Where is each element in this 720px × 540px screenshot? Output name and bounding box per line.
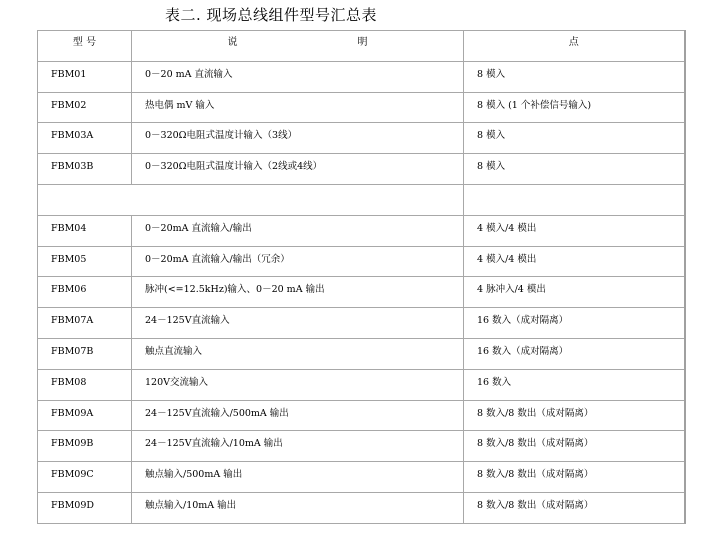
cell-description: 0－20mA 直流输入/输出（冗余） [132,246,464,277]
cell-model: FBM07A [38,308,132,339]
cell-model: FBM04 [38,215,132,246]
table-row: FBM09B 24－125V直流输入/10mA 输出 8 数入/8 数出（成对隔… [38,431,685,462]
header-model: 型 号 [38,31,132,62]
cell-model: FBM02 [38,92,132,123]
cell-model: FBM05 [38,246,132,277]
fieldbus-module-table: 型 号 说明 点 FBM01 0－20 mA 直流输入 8 模入 FBM02 热… [37,30,686,524]
table-row: FBM07B 触点直流输入 16 数入（成对隔离） [38,338,685,369]
header-points: 点 [464,31,685,62]
cell-points: 16 数入 [464,369,685,400]
cell-points: 8 数入/8 数出（成对隔离） [464,400,685,431]
table-row: FBM09C 触点输入/500mA 输出 8 数入/8 数出（成对隔离） [38,462,685,493]
table-row: FBM03B 0－320Ω电阻式温度计输入（2线或4线） 8 模入 [38,154,685,185]
cell-description: 24－125V直流输入/500mA 输出 [132,400,464,431]
cell-points: 16 数入（成对隔离） [464,308,685,339]
table-row: FBM08 120V交流输入 16 数入 [38,369,685,400]
table-row: FBM01 0－20 mA 直流输入 8 模入 [38,61,685,92]
table-title: 表二. 现场总线组件型号汇总表 [165,4,377,25]
table-row: FBM05 0－20mA 直流输入/输出（冗余） 4 模入/4 模出 [38,246,685,277]
cell-points: 4 脉冲入/4 模出 [464,277,685,308]
table-row: FBM06 脉冲(<=12.5kHz)输入、0－20 mA 输出 4 脉冲入/4… [38,277,685,308]
cell-description: 120V交流输入 [132,369,464,400]
cell-model: FBM08 [38,369,132,400]
header-row: 型 号 说明 点 [38,31,685,62]
cell-points: 8 模入 [464,154,685,185]
header-description-left: 说 [228,37,238,48]
cell-description: 触点输入/10mA 输出 [132,492,464,523]
cell-points: 16 数入（成对隔离） [464,338,685,369]
cell-model: FBM09D [38,492,132,523]
cell-points [464,184,685,215]
cell-model: FBM09B [38,431,132,462]
cell-points: 8 模入 [464,123,685,154]
cell-model: FBM09C [38,462,132,493]
blank-separator-row [38,184,685,215]
table-row: FBM03A 0－320Ω电阻式温度计输入（3线） 8 模入 [38,123,685,154]
cell-blank-merged [38,184,464,215]
table-row: FBM04 0－20mA 直流输入/输出 4 模入/4 模出 [38,215,685,246]
cell-points: 8 模入 [464,61,685,92]
header-description: 说明 [132,31,464,62]
cell-description: 0－320Ω电阻式温度计输入（3线） [132,123,464,154]
cell-points: 4 模入/4 模出 [464,246,685,277]
cell-description: 0－20 mA 直流输入 [132,61,464,92]
cell-description: 0－20mA 直流输入/输出 [132,215,464,246]
cell-description: 脉冲(<=12.5kHz)输入、0－20 mA 输出 [132,277,464,308]
cell-model: FBM03A [38,123,132,154]
cell-description: 热电偶 mV 输入 [132,92,464,123]
cell-model: FBM03B [38,154,132,185]
cell-model: FBM06 [38,277,132,308]
header-description-right: 明 [358,37,368,48]
cell-model: FBM09A [38,400,132,431]
cell-points: 8 数入/8 数出（成对隔离） [464,431,685,462]
table-row: FBM09D 触点输入/10mA 输出 8 数入/8 数出（成对隔离） [38,492,685,523]
cell-description: 0－320Ω电阻式温度计输入（2线或4线） [132,154,464,185]
cell-description: 24－125V直流输入/10mA 输出 [132,431,464,462]
cell-points: 8 模入 (1 个补偿信号输入) [464,92,685,123]
cell-model: FBM01 [38,61,132,92]
table-row: FBM09A 24－125V直流输入/500mA 输出 8 数入/8 数出（成对… [38,400,685,431]
cell-model: FBM07B [38,338,132,369]
cell-points: 8 数入/8 数出（成对隔离） [464,462,685,493]
table-row: FBM02 热电偶 mV 输入 8 模入 (1 个补偿信号输入) [38,92,685,123]
cell-points: 4 模入/4 模出 [464,215,685,246]
cell-description: 触点输入/500mA 输出 [132,462,464,493]
cell-points: 8 数入/8 数出（成对隔离） [464,492,685,523]
cell-description: 24－125V直流输入 [132,308,464,339]
table-row: FBM07A 24－125V直流输入 16 数入（成对隔离） [38,308,685,339]
cell-description: 触点直流输入 [132,338,464,369]
